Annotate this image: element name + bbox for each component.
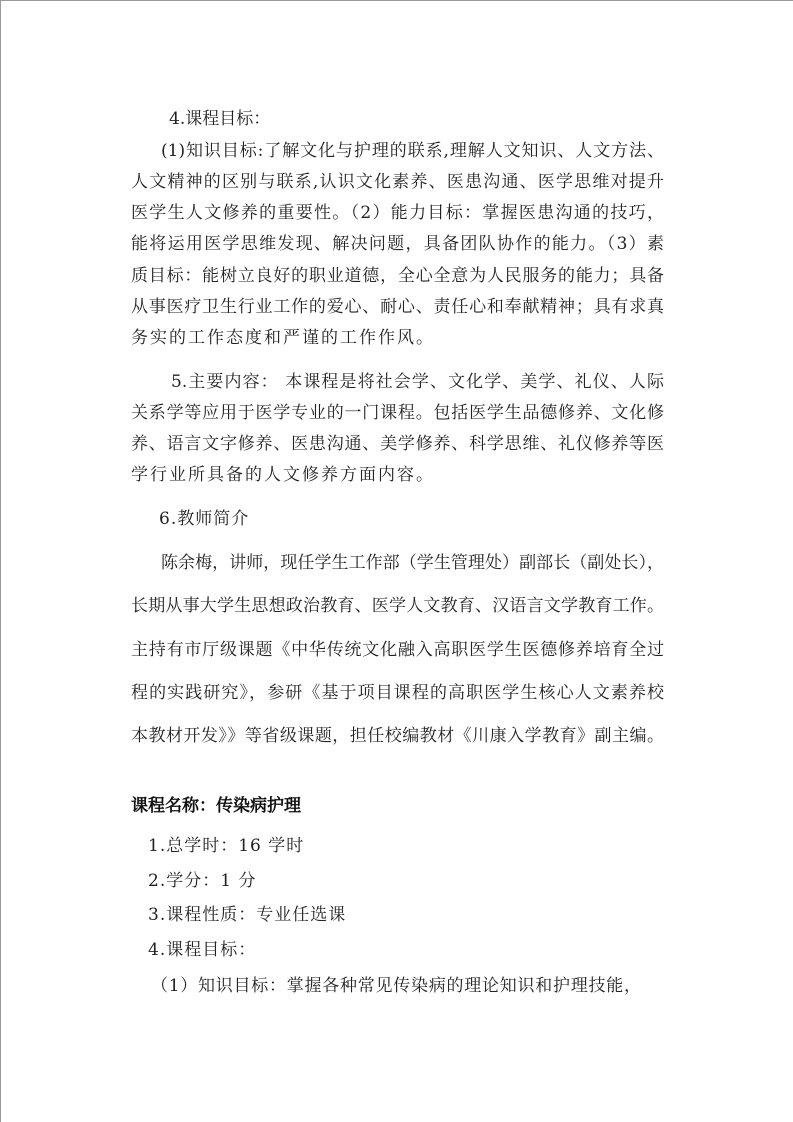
course-hours: 1.总学时：16 学时 bbox=[148, 836, 304, 856]
objectives-line: 医学生人文修养的重要性。（2）能力目标：掌握医患沟通的技巧， bbox=[131, 203, 664, 223]
teacher-heading: 6.教师简介 bbox=[159, 509, 249, 529]
course-type: 3.课程性质：专业任选课 bbox=[148, 905, 346, 925]
teacher-line: 主持有市厅级课题《中华传统文化融入高职医学生医德修养培育全过 bbox=[131, 640, 664, 660]
document-page: 4.课程目标： (1)知识目标:了解文化与护理的联系,理解人文知识、人文方法、 … bbox=[0, 0, 793, 1122]
objectives-line: 务实的工作态度和严谨的工作作风。 bbox=[131, 328, 435, 348]
teacher-line: 长期从事大学生思想政治教育、医学人文教育、汉语言文学教育工作。 bbox=[131, 596, 664, 616]
teacher-line: 程的实践研究》，参研《基于项目课程的高职医学生核心人文素养校 bbox=[131, 683, 664, 703]
objectives-line: 人文精神的区别与联系,认识文化素养、医患沟通、医学思维对提升 bbox=[131, 172, 664, 192]
content-line: 5.主要内容： 本课程是将社会学、文化学、美学、礼仪、人际 bbox=[171, 372, 664, 392]
teacher-line: 陈余梅，讲师，现任学生工作部（学生管理处）副部长（副处长）， bbox=[161, 553, 664, 573]
objectives-line: (1)知识目标:了解文化与护理的联系,理解人文知识、人文方法、 bbox=[161, 141, 664, 161]
content-line: 关系学等应用于医学专业的一门课程。包括医学生品德修养、文化修 bbox=[131, 403, 664, 423]
course-objectives-heading: 4.课程目标： bbox=[148, 940, 256, 960]
objectives-line: 从事医疗卫生行业工作的爱心、耐心、责任心和奉献精神；具有求真 bbox=[131, 297, 664, 317]
objectives-line: 质目标：能树立良好的职业道德，全心全意为人民服务的能力；具备 bbox=[131, 266, 664, 286]
objectives-heading: 4.课程目标： bbox=[169, 109, 270, 129]
content-line: 养、语言文字修养、医患沟通、美学修养、科学思维、礼仪修养等医 bbox=[131, 434, 664, 454]
course-objective-line: （1）知识目标：掌握各种常见传染病的理论知识和护理技能， bbox=[151, 976, 641, 996]
teacher-line: 本教材开发》》等省级课题，担任校编教材《川康入学教育》副主编。 bbox=[131, 726, 664, 746]
course-title: 课程名称：传染病护理 bbox=[131, 796, 301, 816]
course-credits: 2.学分：1 分 bbox=[148, 871, 256, 891]
objectives-line: 能将运用医学思维发现、解决问题，具备团队协作的能力。（3）素 bbox=[131, 234, 664, 254]
content-line: 学行业所具备的人文修养方面内容。 bbox=[131, 465, 435, 485]
